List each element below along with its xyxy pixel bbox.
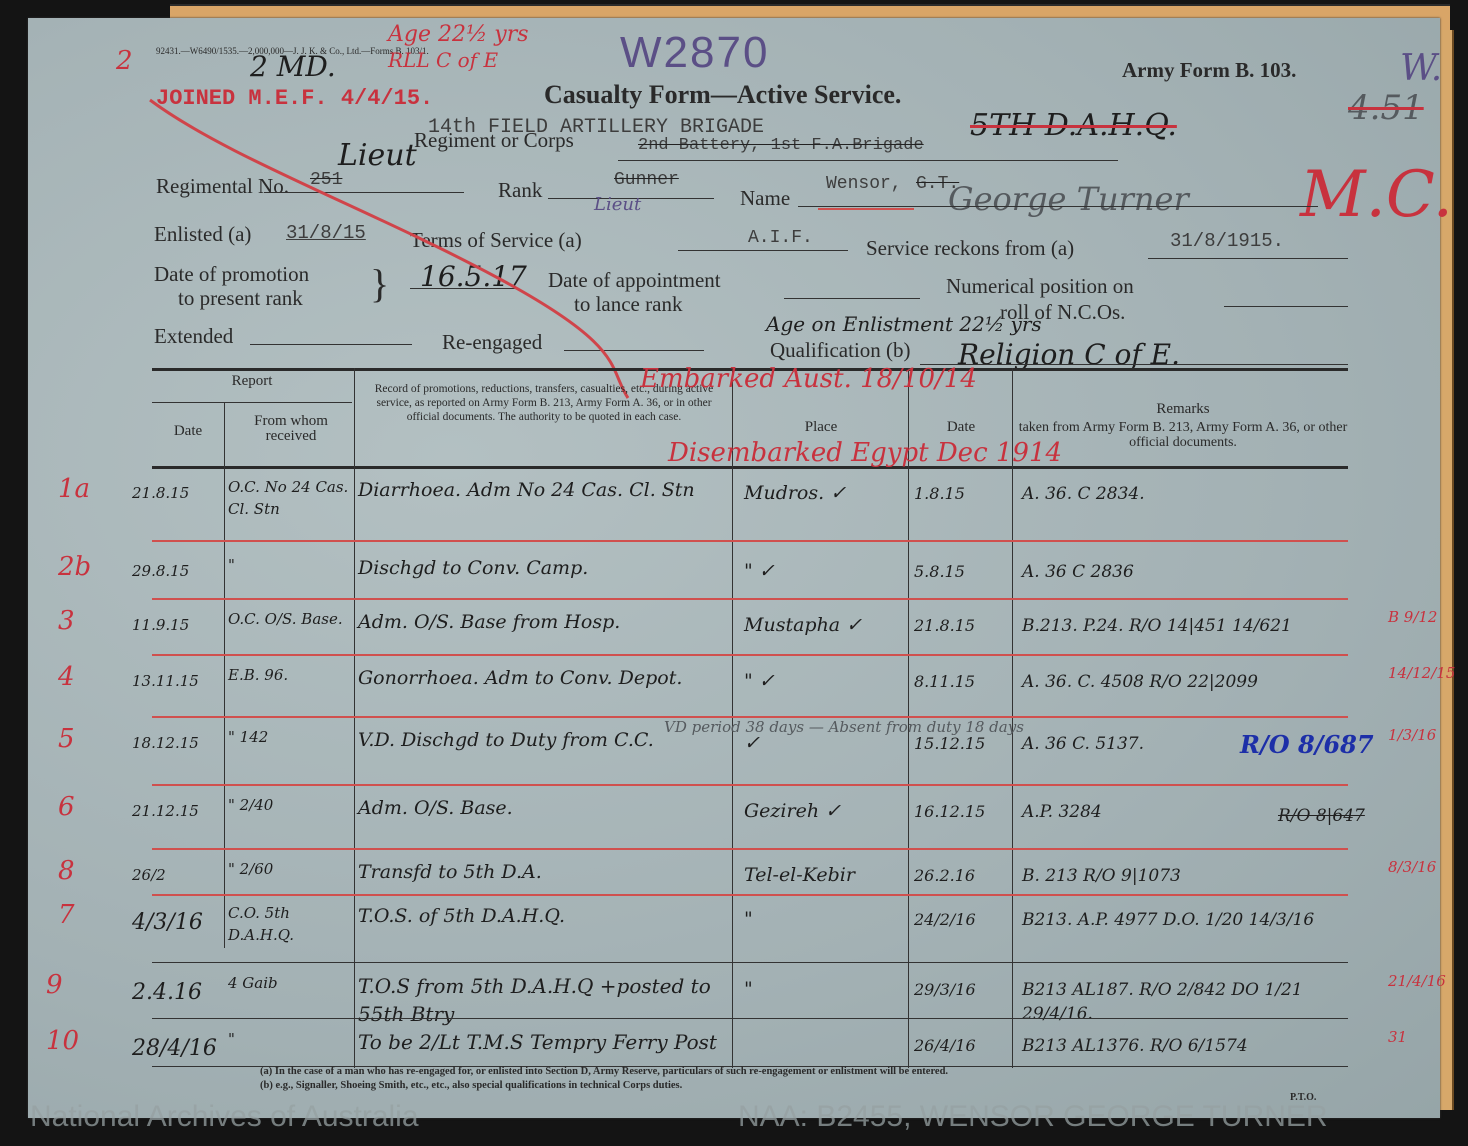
row-from-whom: " [228, 1028, 352, 1050]
row-from-whom: " [228, 554, 352, 576]
row-number: 8 [58, 856, 75, 886]
row-number: 5 [58, 724, 75, 754]
row-record: Adm. O/S. Base from Hosp. [358, 608, 728, 636]
header-remarks-title: Remarks [1018, 402, 1348, 417]
row-remarks: B213. A.P. 4977 D.O. 1/20 14/3/16 [1022, 908, 1362, 932]
row-date: 24/2/16 [914, 910, 976, 929]
header-place: Place [738, 420, 904, 435]
row-report-date: 29.8.15 [132, 562, 189, 580]
row-margin-note: 14/12/15 [1388, 664, 1455, 682]
row-place: Mudros. ✓ [744, 482, 846, 504]
embarked-annotation: Embarked Aust. 18/10/14 [640, 364, 977, 394]
row-report-date: 2.4.16 [132, 980, 202, 1005]
row-date: 16.12.15 [914, 802, 985, 821]
footnote-a: (a) In the case of a man who has re-enga… [260, 1066, 948, 1077]
row-date: 5.8.15 [914, 562, 965, 581]
row-from-whom: 4 Gaib [228, 972, 352, 994]
row-report-date: 21.8.15 [132, 484, 189, 502]
row-number: 6 [58, 792, 75, 822]
footnote-b: (b) e.g., Signaller, Shoeing Smith, etc.… [260, 1080, 682, 1091]
row-from-whom: E.B. 96. [228, 664, 352, 686]
row-number: 7 [58, 900, 75, 930]
row-report-date: 13.11.15 [132, 672, 199, 690]
row-date: 26.2.16 [914, 866, 975, 885]
watermark-archive: National Archives of Australia [30, 1100, 419, 1134]
row-date: 1.8.15 [914, 484, 965, 503]
row-from-whom: " 2/40 [228, 794, 352, 816]
disembarked-annotation: Disembarked Egypt Dec 1914 [668, 438, 1062, 468]
row-report-date: 11.9.15 [132, 616, 189, 634]
row-margin-note: 21/4/16 [1388, 972, 1446, 990]
row-place: Gezireh ✓ [744, 800, 841, 822]
row-report-date: 18.12.15 [132, 734, 199, 752]
header-date: Date [152, 424, 224, 439]
row-from-whom: C.O. 5th D.A.H.Q. [228, 902, 352, 946]
row-from-whom: " 2/60 [228, 858, 352, 880]
row-record: T.O.S. of 5th D.A.H.Q. [358, 902, 728, 930]
row-record: T.O.S from 5th D.A.H.Q +posted to 55th B… [358, 972, 728, 1028]
row-from-whom: O.C. No 24 Cas. Cl. Stn [228, 476, 352, 520]
row-record: Adm. O/S. Base. [358, 794, 728, 822]
row-from-whom: O.C. O/S. Base. [228, 608, 352, 630]
row-margin-note: 1/3/16 [1388, 726, 1436, 744]
row-number: 10 [46, 1026, 79, 1056]
casualty-form-document: 92431.—W6490/1535.—2,000,000—J. J. K. & … [28, 18, 1440, 1118]
row-place: " [744, 908, 753, 930]
header-remarks: taken from Army Form B. 213, Army Form A… [1018, 420, 1348, 450]
row-remarks: B213 AL1376. R/O 6/1574 [1022, 1034, 1362, 1058]
row-record: Dischgd to Conv. Camp. [358, 554, 728, 582]
row-record: To be 2/Lt T.M.S Tempry Ferry Post [358, 1028, 728, 1056]
row-remarks: A. 36. C 2834. [1022, 482, 1362, 506]
row-number: 4 [58, 662, 75, 692]
row-place: " ✓ [744, 560, 775, 582]
header-from-whom: From whom received [232, 414, 350, 444]
row-date: 15.12.15 [914, 734, 985, 753]
row-report-date: 28/4/16 [132, 1036, 217, 1061]
row-record: Diarrhoea. Adm No 24 Cas. Cl. Stn [358, 476, 728, 504]
row-record: Transfd to 5th D.A. [358, 858, 728, 886]
row-remarks: B.213. P.24. R/O 14|451 14/621 [1022, 614, 1362, 638]
row-number: 3 [58, 606, 75, 636]
row-record: Gonorrhoea. Adm to Conv. Depot. [358, 664, 728, 692]
row-place: " [744, 978, 753, 1000]
row-margin-note: 31 [1388, 1028, 1407, 1046]
header-date2: Date [914, 420, 1008, 435]
row-margin-note: 8/3/16 [1388, 858, 1436, 876]
row-number: 9 [46, 970, 63, 1000]
row-remarks-struck: R/O 8|647 [1278, 806, 1365, 826]
header-report: Report [152, 374, 352, 389]
row-date: 29/3/16 [914, 980, 976, 999]
row-place: Mustapha ✓ [744, 614, 862, 636]
row-place: Tel-el-Kebir [744, 864, 855, 886]
row-place: ✓ [744, 732, 760, 754]
row-from-whom: " 142 [228, 726, 352, 748]
row-place: " ✓ [744, 670, 775, 692]
row-number: 2b [58, 552, 91, 582]
row-remarks-blue: R/O 8/687 [1240, 730, 1374, 759]
row-report-date: 21.12.15 [132, 802, 199, 820]
row-remarks: B. 213 R/O 9|1073 [1022, 864, 1362, 888]
row-number: 1a [58, 474, 90, 504]
watermark-record-id: NAA: B2455, WENSOR GEORGE TURNER [738, 1100, 1328, 1134]
row-report-date: 26/2 [132, 866, 166, 884]
row-margin-note: B 9/12 [1388, 608, 1437, 626]
row-date: 26/4/16 [914, 1036, 976, 1055]
row-report-date: 4/3/16 [132, 910, 203, 935]
row-date: 21.8.15 [914, 616, 975, 635]
row-remarks: A. 36 C 2836 [1022, 560, 1362, 584]
row-remarks: A. 36. C. 4508 R/O 22|2099 [1022, 670, 1362, 694]
row-date: 8.11.15 [914, 672, 975, 691]
